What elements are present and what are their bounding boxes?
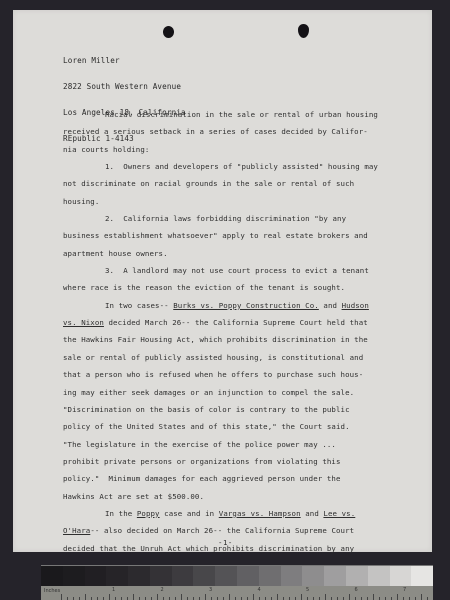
- text-line: decided that the Unruh Act which prohibi…: [63, 540, 403, 557]
- text-segment: 3. A landlord may not use court process …: [105, 266, 369, 275]
- text-line: the Hawkins Fair Housing Act, which proh…: [63, 331, 403, 348]
- text-line: 2. California laws forbidding discrimina…: [63, 210, 403, 227]
- text-line: nia courts holding:: [63, 141, 403, 158]
- ruler-tick: [85, 594, 86, 600]
- text-line: Racial discrimination in the sale or ren…: [63, 106, 403, 123]
- text-line: received a serious setback in a series o…: [63, 123, 403, 140]
- gray-step: [302, 566, 324, 587]
- text-segment: 1. Owners and developers of "publicly as…: [105, 162, 378, 171]
- gray-step: [281, 566, 303, 587]
- text-segment: 2. California laws forbidding discrimina…: [105, 214, 346, 223]
- text-segment: In the: [105, 509, 137, 518]
- page-number: -1-: [218, 538, 233, 547]
- text-line: not discriminate on racial grounds in th…: [63, 175, 403, 192]
- ruler-number: 7: [403, 587, 406, 593]
- gray-step: [259, 566, 281, 587]
- gray-step: [63, 566, 85, 587]
- case-name: Burks vs. Poppy Construction Co.: [173, 301, 319, 310]
- text-line: policy of the United States and of this …: [63, 418, 403, 435]
- text-segment: nia courts holding:: [63, 145, 149, 154]
- text-line: "The legislature in the exercise of the …: [63, 436, 403, 453]
- ruler-tick: [421, 594, 422, 600]
- text-segment: where race is the reason the eviction of…: [63, 283, 345, 292]
- case-name: Lee vs.: [323, 509, 355, 518]
- text-segment: and: [319, 301, 342, 310]
- ruler-number: 4: [258, 587, 261, 593]
- gray-step: [85, 566, 107, 587]
- case-name: O'Hara: [63, 526, 90, 535]
- grayscale-calibration-bar: [41, 565, 433, 587]
- ruler-tick: [109, 594, 110, 600]
- gray-step: [128, 566, 150, 587]
- text-segment: "The legislature in the exercise of the …: [63, 440, 336, 449]
- gray-step: [41, 566, 63, 587]
- ruler-tick: [373, 594, 374, 600]
- ruler-tick: [397, 594, 398, 600]
- text-segment: Racial discrimination in the sale or ren…: [105, 110, 378, 119]
- case-name: Vargas vs. Hampson: [219, 509, 301, 518]
- ruler-tick: [61, 594, 62, 600]
- ruler-tick: [277, 594, 278, 600]
- text-segment: not discriminate on racial grounds in th…: [63, 179, 354, 188]
- inch-ruler: Inches 12345678: [41, 586, 433, 600]
- gray-step: [324, 566, 346, 587]
- text-segment: and: [301, 509, 324, 518]
- ruler-tick: [253, 594, 254, 600]
- text-line: apartment house owners.: [63, 245, 403, 262]
- ruler-number: 5: [306, 587, 309, 593]
- text-line: policy." Minimum damages for each aggrie…: [63, 470, 403, 487]
- text-line: 3. A landlord may not use court process …: [63, 262, 403, 279]
- ruler-label: Inches: [44, 588, 60, 594]
- text-segment: business establishment whatsoever" apply…: [63, 231, 368, 240]
- text-segment: policy of the United States and of this …: [63, 422, 350, 431]
- text-line: housing.: [63, 193, 403, 210]
- text-line: that a person who is refused when he off…: [63, 366, 403, 383]
- text-line: ing may either seek damages or an injunc…: [63, 384, 403, 401]
- ruler-number: 3: [209, 587, 212, 593]
- ruler-number: 1: [112, 587, 115, 593]
- punch-hole-right: [298, 24, 309, 38]
- gray-step: [237, 566, 259, 587]
- body-text: Racial discrimination in the sale or ren…: [63, 106, 403, 557]
- text-segment: -- also decided on March 26-- the Califo…: [90, 526, 354, 535]
- text-line: "Discrimination on the basis of color is…: [63, 401, 403, 418]
- author-name: Loren Miller: [63, 57, 186, 66]
- text-segment: sale or rental of publicly assisted hous…: [63, 353, 363, 362]
- ruler-tick: [301, 594, 302, 600]
- text-line: business establishment whatsoever" apply…: [63, 227, 403, 244]
- gray-step: [368, 566, 390, 587]
- text-segment: decided that the Unruh Act which prohibi…: [63, 544, 354, 553]
- case-name: vs. Nixon: [63, 318, 104, 327]
- gray-step: [106, 566, 128, 587]
- gray-step: [411, 566, 433, 587]
- ruler-tick: [181, 594, 182, 600]
- text-line: O'Hara-- also decided on March 26-- the …: [63, 522, 403, 539]
- text-line: where race is the reason the eviction of…: [63, 279, 403, 296]
- punch-hole-left: [163, 26, 174, 38]
- text-segment: ing may either seek damages or an injunc…: [63, 388, 354, 397]
- text-segment: "Discrimination on the basis of color is…: [63, 405, 350, 414]
- gray-step: [193, 566, 215, 587]
- text-segment: that a person who is refused when he off…: [63, 370, 363, 379]
- text-line: prohibit private persons or organization…: [63, 453, 403, 470]
- gray-step: [346, 566, 368, 587]
- text-segment: In two cases--: [105, 301, 173, 310]
- text-segment: Hawkins Act are set at $500.00.: [63, 492, 204, 501]
- text-line: sale or rental of publicly assisted hous…: [63, 349, 403, 366]
- ruler-tick: [157, 594, 158, 600]
- ruler-number: 2: [161, 587, 164, 593]
- ruler-tick: [205, 594, 206, 600]
- text-segment: the Hawkins Fair Housing Act, which proh…: [63, 335, 368, 344]
- gray-step: [172, 566, 194, 587]
- text-segment: case and in: [160, 509, 219, 518]
- text-segment: prohibit private persons or organization…: [63, 457, 341, 466]
- document-page: Loren Miller 2822 South Western Avenue L…: [13, 10, 432, 552]
- ruler-tick: [229, 594, 230, 600]
- text-segment: apartment house owners.: [63, 249, 168, 258]
- text-line: In the Poppy case and in Vargas vs. Hamp…: [63, 505, 403, 522]
- gray-step: [150, 566, 172, 587]
- case-name: Hudson: [342, 301, 369, 310]
- gray-step: [215, 566, 237, 587]
- street-address: 2822 South Western Avenue: [63, 83, 186, 92]
- ruler-number: 6: [355, 587, 358, 593]
- case-name: Poppy: [137, 509, 160, 518]
- text-line: In two cases-- Burks vs. Poppy Construct…: [63, 297, 403, 314]
- text-segment: housing.: [63, 197, 99, 206]
- ruler-tick: [133, 594, 134, 600]
- ruler-tick: [325, 594, 326, 600]
- text-segment: decided March 26-- the California Suprem…: [104, 318, 368, 327]
- text-line: Hawkins Act are set at $500.00.: [63, 488, 403, 505]
- text-line: 1. Owners and developers of "publicly as…: [63, 158, 403, 175]
- gray-step: [390, 566, 412, 587]
- ruler-tick: [349, 594, 350, 600]
- text-segment: received a serious setback in a series o…: [63, 127, 368, 136]
- text-line: vs. Nixon decided March 26-- the Califor…: [63, 314, 403, 331]
- text-segment: policy." Minimum damages for each aggrie…: [63, 474, 341, 483]
